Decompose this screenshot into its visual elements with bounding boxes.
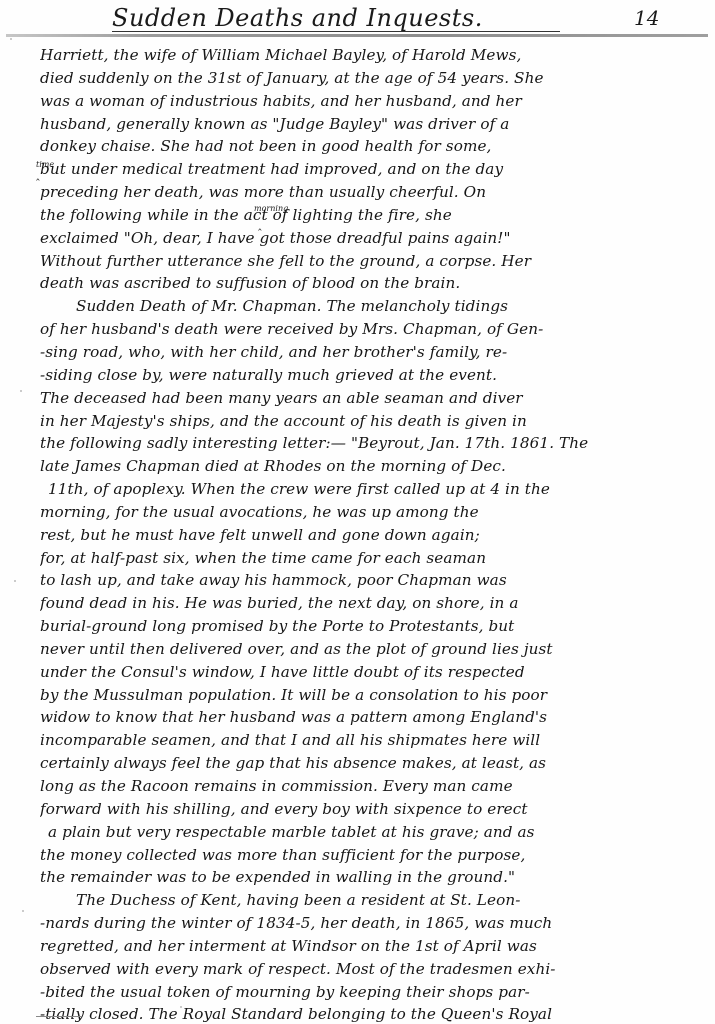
text-line: for, at half-past six, when the time cam…: [40, 547, 700, 570]
scan-speck: [180, 1006, 182, 1008]
text-line: never until then delivered over, and as …: [40, 638, 700, 661]
text-line: was a woman of industrious habits, and h…: [40, 90, 700, 113]
text-line: by the Mussulman population. It will be …: [40, 684, 700, 707]
text-line: a plain but very respectable marble tabl…: [40, 821, 700, 844]
text-line: widow to know that her husband was a pat…: [40, 706, 700, 729]
text-line: regretted, and her interment at Windsor …: [40, 935, 700, 958]
text-line: incomparable seamen, and that I and all …: [40, 729, 700, 752]
text-line: the following while in the act of lighti…: [40, 204, 700, 227]
text-line: long as the Racoon remains in commission…: [40, 775, 700, 798]
text-line: -nards during the winter of 1834-5, her …: [40, 912, 700, 935]
text-line: exclaimed "Oh, dear, I have got those dr…: [40, 227, 700, 250]
scan-speck: [10, 38, 12, 40]
text-line: -siding close by, were naturally much gr…: [40, 364, 700, 387]
page-header: Sudden Deaths and Inquests. 14: [0, 0, 715, 46]
text-line: the remainder was to be expended in wall…: [40, 866, 700, 889]
text-line: the money collected was more than suffic…: [40, 844, 700, 867]
section-heading-line: Sudden Death of Mr. Chapman. The melanch…: [40, 295, 700, 318]
manuscript-body: Harriett, the wife of William Michael Ba…: [40, 44, 700, 1024]
text-line: in her Majesty's ships, and the account …: [40, 410, 700, 433]
text-line: death was ascribed to suffusion of blood…: [40, 272, 700, 295]
page-number: 14: [634, 6, 659, 30]
text-line: husband, generally known as "Judge Bayle…: [40, 113, 700, 136]
text-line: observed with every mark of respect. Mos…: [40, 958, 700, 981]
paragraph-start-line: The Duchess of Kent, having been a resid…: [40, 889, 700, 912]
page-title: Sudden Deaths and Inquests.: [112, 4, 572, 32]
text-line: The deceased had been many years an able…: [40, 387, 700, 410]
text-line: died suddenly on the 31st of January, at…: [40, 67, 700, 90]
scan-speck: [22, 910, 24, 912]
text-line: 11th, of apoplexy. When the crew were fi…: [40, 478, 700, 501]
scan-speck: [20, 390, 22, 392]
text-line: donkey chaise. She had not been in good …: [40, 135, 700, 158]
text-line: but under medical treatment had improved…: [40, 158, 700, 181]
text-line: found dead in his. He was buried, the ne…: [40, 592, 700, 615]
text-line: preceding her death, was more than usual…: [40, 181, 700, 204]
manuscript-page: Sudden Deaths and Inquests. 14 time ‸ mo…: [0, 0, 715, 1024]
text-line: -tially closed. The Royal Standard belon…: [40, 1003, 700, 1024]
text-line: under the Consul's window, I have little…: [40, 661, 700, 684]
title-underline: [112, 31, 560, 32]
text-line: -sing road, who, with her child, and her…: [40, 341, 700, 364]
text-line: rest, but he must have felt unwell and g…: [40, 524, 700, 547]
text-line: -bited the usual token of mourning by ke…: [40, 981, 700, 1004]
text-line: the following sadly interesting letter:—…: [40, 432, 700, 455]
text-line: late James Chapman died at Rhodes on the…: [40, 455, 700, 478]
text-line: burial-ground long promised by the Porte…: [40, 615, 700, 638]
text-line: Without further utterance she fell to th…: [40, 250, 700, 273]
scan-speck: [14, 580, 16, 582]
text-line: certainly always feel the gap that his a…: [40, 752, 700, 775]
footer-rule: [36, 1016, 82, 1017]
text-line: morning, for the usual avocations, he wa…: [40, 501, 700, 524]
text-line: forward with his shilling, and every boy…: [40, 798, 700, 821]
header-rule: [6, 34, 708, 37]
text-line: Harriett, the wife of William Michael Ba…: [40, 44, 700, 67]
text-line: of her husband's death were received by …: [40, 318, 700, 341]
text-line: to lash up, and take away his hammock, p…: [40, 569, 700, 592]
